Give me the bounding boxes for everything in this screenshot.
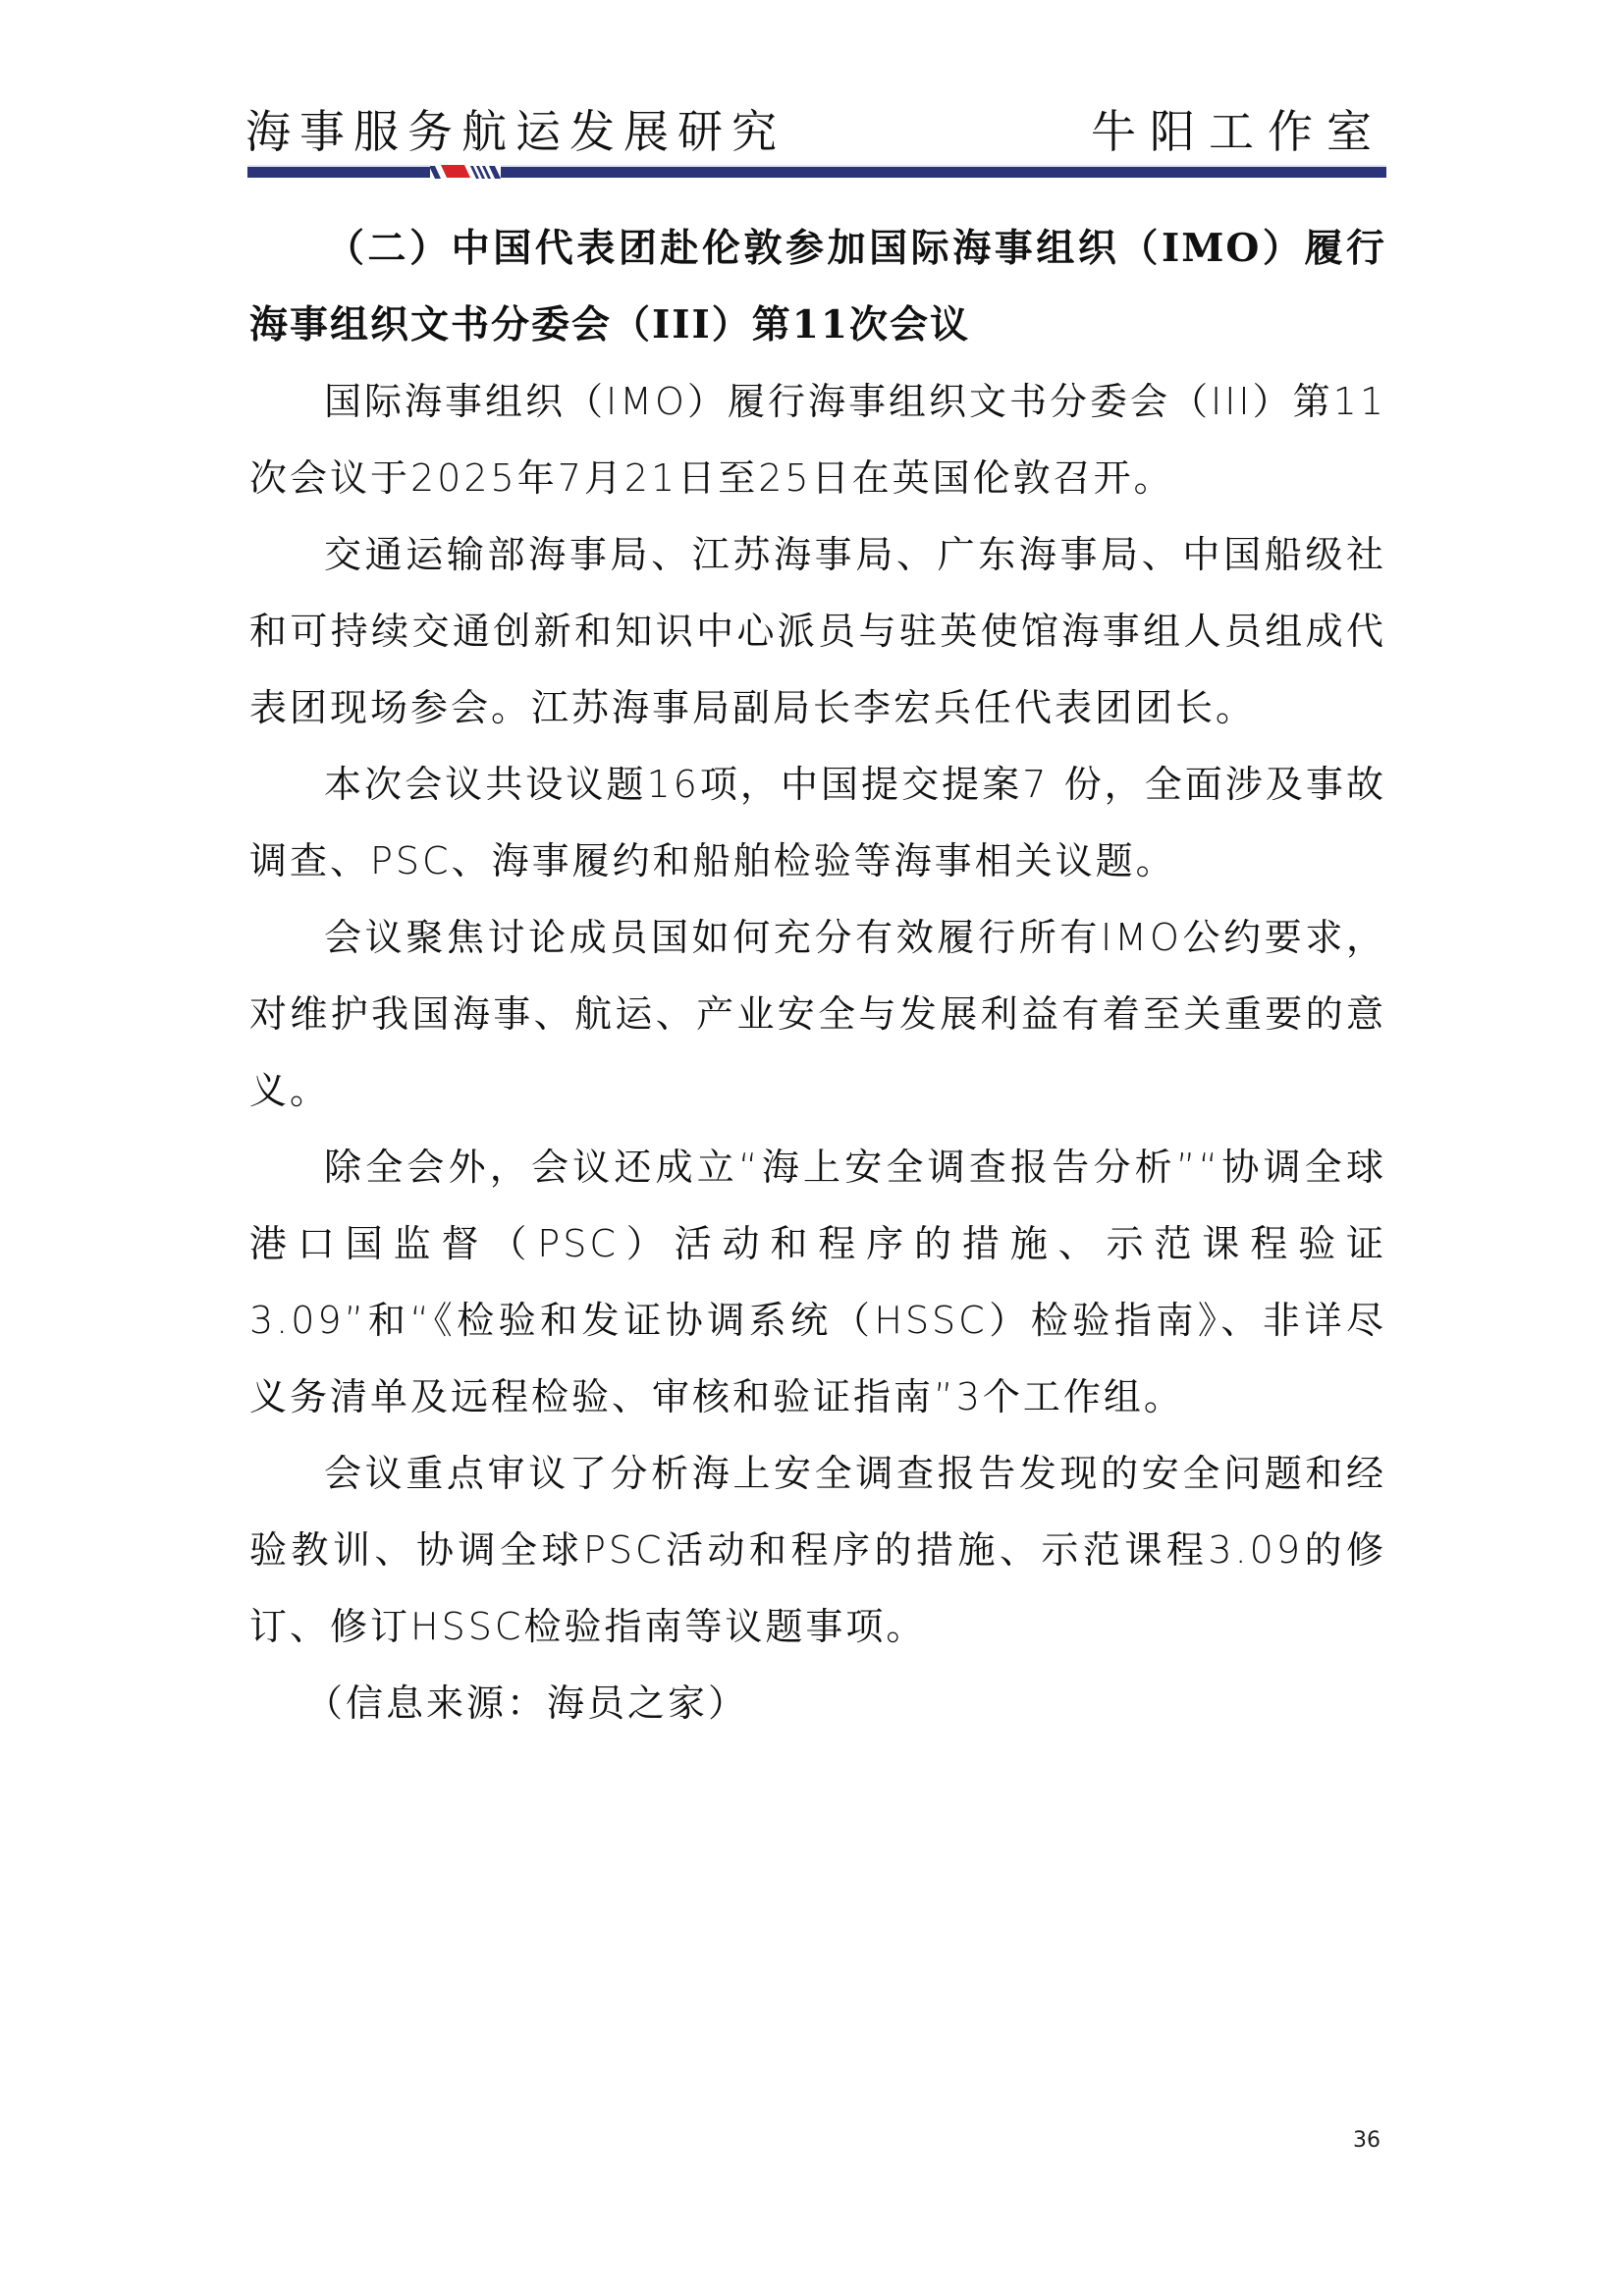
motif-red-stripe [441, 165, 470, 178]
info-source: （信息来源：海员之家） [249, 1665, 1386, 1741]
paragraph-agenda: 本次会议共设议题16项，中国提交提案7 份，全面涉及事故调查、PSC、海事履约和… [249, 746, 1386, 899]
article-heading: （二）中国代表团赴伦敦参加国际海事组织（IMO）履行海事组织文书分委会（III）… [249, 210, 1386, 363]
article-body: （二）中国代表团赴伦敦参加国际海事组织（IMO）履行海事组织文书分委会（III）… [249, 210, 1386, 1741]
header-rule [247, 167, 1386, 178]
motif-stripe [430, 166, 441, 179]
page-number: 36 [1353, 2128, 1380, 2153]
header-stripe-motif-icon [430, 163, 501, 180]
paragraph-review: 会议重点审议了分析海上安全调查报告发现的安全问题和经验教训、协调全球PSC活动和… [249, 1435, 1386, 1665]
publication-title: 海事服务航运发展研究 [245, 102, 785, 161]
motif-stripe [489, 166, 501, 179]
studio-name: 牛阳工作室 [1091, 102, 1385, 161]
paragraph-focus: 会议聚焦讨论成员国如何充分有效履行所有IMO公约要求，对维护我国海事、航运、产业… [249, 899, 1386, 1129]
paragraph-meeting-dates: 国际海事组织（IMO）履行海事组织文书分委会（III）第11次会议于2025年7… [249, 363, 1386, 516]
paragraph-working-groups: 除全会外，会议还成立“海上安全调查报告分析”“协调全球港口国监督（PSC）活动和… [249, 1129, 1386, 1435]
paragraph-delegation: 交通运输部海事局、江苏海事局、广东海事局、中国船级社和可持续交通创新和知识中心派… [249, 516, 1386, 746]
